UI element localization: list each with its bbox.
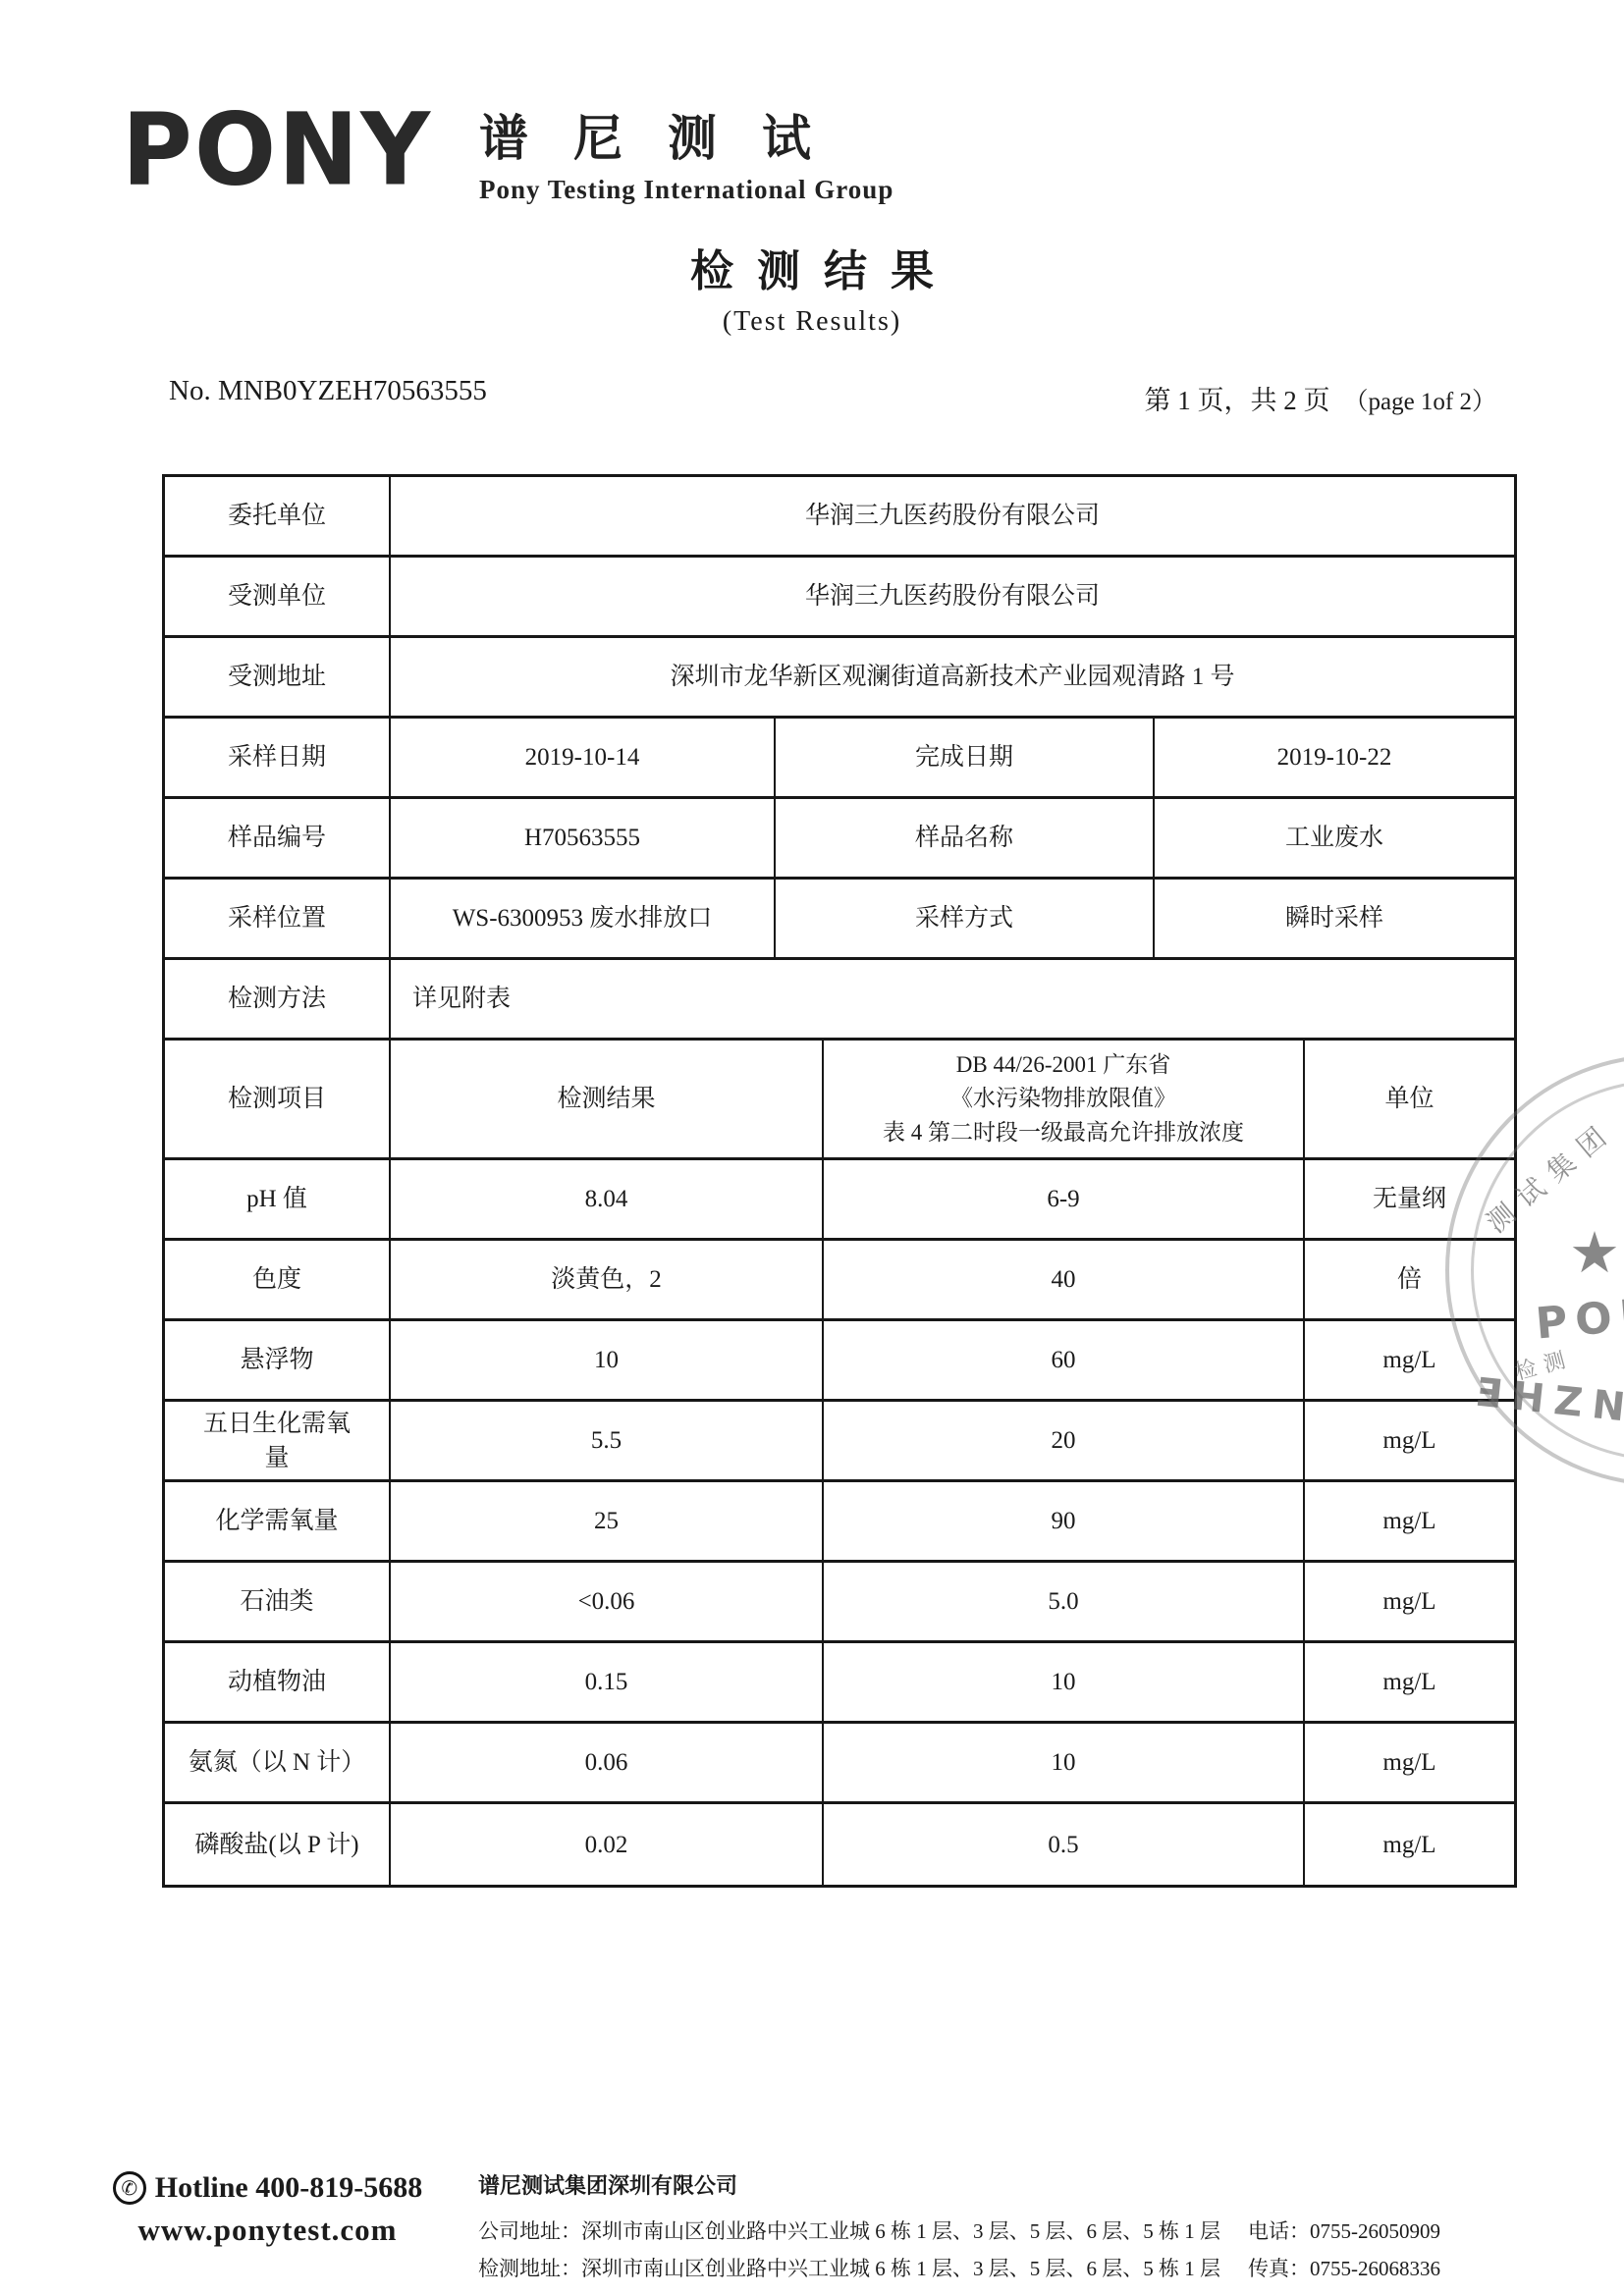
company-address: 公司地址：深圳市南山区创业路中兴工业城 6 栋 1 层、3 层、5 层、6 层、… <box>478 2216 1220 2245</box>
result-row-suspended-solids: 悬浮物 10 60 mg/L <box>165 1321 1514 1402</box>
company-name: 谱尼测试集团深圳有限公司 <box>478 2169 1440 2200</box>
report-number: No. MNB0YZEH70563555 <box>169 375 487 407</box>
sampling-location-label: 采样位置 <box>165 880 391 957</box>
table-row-sample: 样品编号 H70563555 样品名称 工业废水 <box>165 799 1514 880</box>
item-standard: 40 <box>824 1241 1305 1318</box>
item-name: 磷酸盐(以 P 计) <box>165 1804 391 1885</box>
sampling-method-label: 采样方式 <box>776 880 1155 957</box>
sampling-date-label: 采样日期 <box>165 719 391 796</box>
result-row-ammonia-nitrogen: 氨氮（以 N 计） 0.06 10 mg/L <box>165 1724 1514 1804</box>
item-standard: 0.5 <box>824 1804 1305 1885</box>
item-unit: mg/L <box>1305 1402 1514 1479</box>
item-name: 色度 <box>165 1241 391 1318</box>
results-header-row: 检测项目 检测结果 DB 44/26-2001 广东省 《水污染物排放限值》 表… <box>165 1041 1514 1160</box>
sample-name-label: 样品名称 <box>776 799 1155 877</box>
test-method-value: 详见附表 <box>391 960 1514 1038</box>
phone-icon: ✆ <box>113 2171 146 2205</box>
result-row-ph: pH 值 8.04 6-9 无量纲 <box>165 1160 1514 1241</box>
item-unit: 倍 <box>1305 1241 1514 1318</box>
page-indicator-en: （page 1of 2） <box>1343 389 1496 415</box>
page-indicator: 第 1 页，共 2 页（page 1of 2） <box>1144 379 1496 417</box>
item-standard: 6-9 <box>824 1160 1305 1238</box>
finish-date-value: 2019-10-22 <box>1155 719 1514 796</box>
footer-contact-block: ✆ Hotline 400-819-5688 www.ponytest.com <box>98 2171 437 2248</box>
item-name: pH 值 <box>165 1160 391 1238</box>
result-row-phosphate: 磷酸盐(以 P 计) 0.02 0.5 mg/L <box>165 1804 1514 1885</box>
header-result: 检测结果 <box>391 1041 824 1157</box>
test-report-table: 委托单位 华润三九医药股份有限公司 受测单位 华润三九医药股份有限公司 受测地址… <box>162 474 1517 1888</box>
logo-english-name: Pony Testing International Group <box>479 175 893 205</box>
item-standard: 10 <box>824 1724 1305 1801</box>
page-title-english: (Test Results) <box>0 306 1624 338</box>
item-result: 10 <box>391 1321 824 1399</box>
title-block: 检测结果 (Test Results) <box>0 236 1624 338</box>
page-indicator-cn: 第 1 页，共 2 页 <box>1144 386 1329 415</box>
client-value: 华润三九医药股份有限公司 <box>391 477 1514 555</box>
item-name: 悬浮物 <box>165 1321 391 1399</box>
seal-pony-letters: PON <box>1534 1288 1624 1349</box>
sampling-method-value: 瞬时采样 <box>1155 880 1514 957</box>
sample-no-value: H70563555 <box>391 799 776 877</box>
sample-no-label: 样品编号 <box>165 799 391 877</box>
sampling-location-value: WS-6300953 废水排放口 <box>391 880 776 957</box>
tested-unit-label: 受测单位 <box>165 558 391 635</box>
table-row-client: 委托单位 华润三九医药股份有限公司 <box>165 477 1514 558</box>
item-result: 5.5 <box>391 1402 824 1479</box>
item-standard: 20 <box>824 1402 1305 1479</box>
hotline-line: ✆ Hotline 400-819-5688 <box>98 2171 437 2205</box>
item-result: 0.06 <box>391 1724 824 1801</box>
tested-address-label: 受测地址 <box>165 638 391 716</box>
footer-company-block: 谱尼测试集团深圳有限公司 公司地址：深圳市南山区创业路中兴工业城 6 栋 1 层… <box>478 2169 1440 2282</box>
header-standard: DB 44/26-2001 广东省 《水污染物排放限值》 表 4 第二时段一级最… <box>824 1041 1305 1157</box>
item-result: 8.04 <box>391 1160 824 1238</box>
table-row-tested-unit: 受测单位 华润三九医药股份有限公司 <box>165 558 1514 638</box>
item-unit: mg/L <box>1305 1804 1514 1885</box>
star-icon: ★ <box>1569 1219 1620 1286</box>
test-address-line: 检测地址：深圳市南山区创业路中兴工业城 6 栋 1 层、3 层、5 层、6 层、… <box>478 2253 1440 2282</box>
item-unit: mg/L <box>1305 1643 1514 1721</box>
result-row-cod: 化学需氧量 25 90 mg/L <box>165 1482 1514 1563</box>
sampling-date-value: 2019-10-14 <box>391 719 776 796</box>
company-fax: 传真：0755-26068336 <box>1248 2253 1440 2282</box>
item-name: 石油类 <box>165 1563 391 1640</box>
seal-small-text: 检测 <box>1511 1342 1576 1386</box>
page-title: 检测结果 <box>0 236 1624 298</box>
website-link: www.ponytest.com <box>98 2213 437 2248</box>
item-unit: mg/L <box>1305 1563 1514 1640</box>
table-row-dates: 采样日期 2019-10-14 完成日期 2019-10-22 <box>165 719 1514 799</box>
item-unit: mg/L <box>1305 1321 1514 1399</box>
item-name: 化学需氧量 <box>165 1482 391 1560</box>
result-row-bod5: 五日生化需氧 量 5.5 20 mg/L <box>165 1402 1514 1482</box>
header-item: 检测项目 <box>165 1041 391 1157</box>
table-row-test-method: 检测方法 详见附表 <box>165 960 1514 1041</box>
item-name: 氨氮（以 N 计） <box>165 1724 391 1801</box>
item-result: <0.06 <box>391 1563 824 1640</box>
item-name: 动植物油 <box>165 1643 391 1721</box>
item-standard: 60 <box>824 1321 1305 1399</box>
result-row-petroleum: 石油类 <0.06 5.0 mg/L <box>165 1563 1514 1643</box>
tested-unit-value: 华润三九医药股份有限公司 <box>391 558 1514 635</box>
company-address-line: 公司地址：深圳市南山区创业路中兴工业城 6 栋 1 层、3 层、5 层、6 层、… <box>478 2216 1440 2245</box>
test-address: 检测地址：深圳市南山区创业路中兴工业城 6 栋 1 层、3 层、5 层、6 层、… <box>478 2253 1220 2282</box>
client-label: 委托单位 <box>165 477 391 555</box>
finish-date-label: 完成日期 <box>776 719 1155 796</box>
item-result: 25 <box>391 1482 824 1560</box>
tested-address-value: 深圳市龙华新区观澜街道高新技术产业园观清路 1 号 <box>391 638 1514 716</box>
company-phone: 电话：0755-26050909 <box>1248 2216 1440 2245</box>
document-page: PONY 谱尼测试 Pony Testing International Gro… <box>0 0 1624 2296</box>
item-standard: 90 <box>824 1482 1305 1560</box>
hotline-number: Hotline 400-819-5688 <box>155 2171 422 2205</box>
result-row-animal-plant-oil: 动植物油 0.15 10 mg/L <box>165 1643 1514 1724</box>
item-result: 淡黄色，2 <box>391 1241 824 1318</box>
logo-chinese-name: 谱尼测试 <box>479 114 893 163</box>
item-result: 0.15 <box>391 1643 824 1721</box>
logo-text-block: 谱尼测试 Pony Testing International Group <box>479 114 893 205</box>
sample-name-value: 工业废水 <box>1155 799 1514 877</box>
item-standard: 10 <box>824 1643 1305 1721</box>
item-unit: 无量纲 <box>1305 1160 1514 1238</box>
item-standard: 5.0 <box>824 1563 1305 1640</box>
header-unit: 单位 <box>1305 1041 1514 1157</box>
item-unit: mg/L <box>1305 1482 1514 1560</box>
pony-logo: PONY <box>122 100 432 200</box>
item-name: 五日生化需氧 量 <box>165 1402 391 1479</box>
item-result: 0.02 <box>391 1804 824 1885</box>
result-row-chroma: 色度 淡黄色，2 40 倍 <box>165 1241 1514 1321</box>
table-row-sampling: 采样位置 WS-6300953 废水排放口 采样方式 瞬时采样 <box>165 880 1514 960</box>
test-method-label: 检测方法 <box>165 960 391 1038</box>
table-row-tested-address: 受测地址 深圳市龙华新区观澜街道高新技术产业园观清路 1 号 <box>165 638 1514 719</box>
item-unit: mg/L <box>1305 1724 1514 1801</box>
